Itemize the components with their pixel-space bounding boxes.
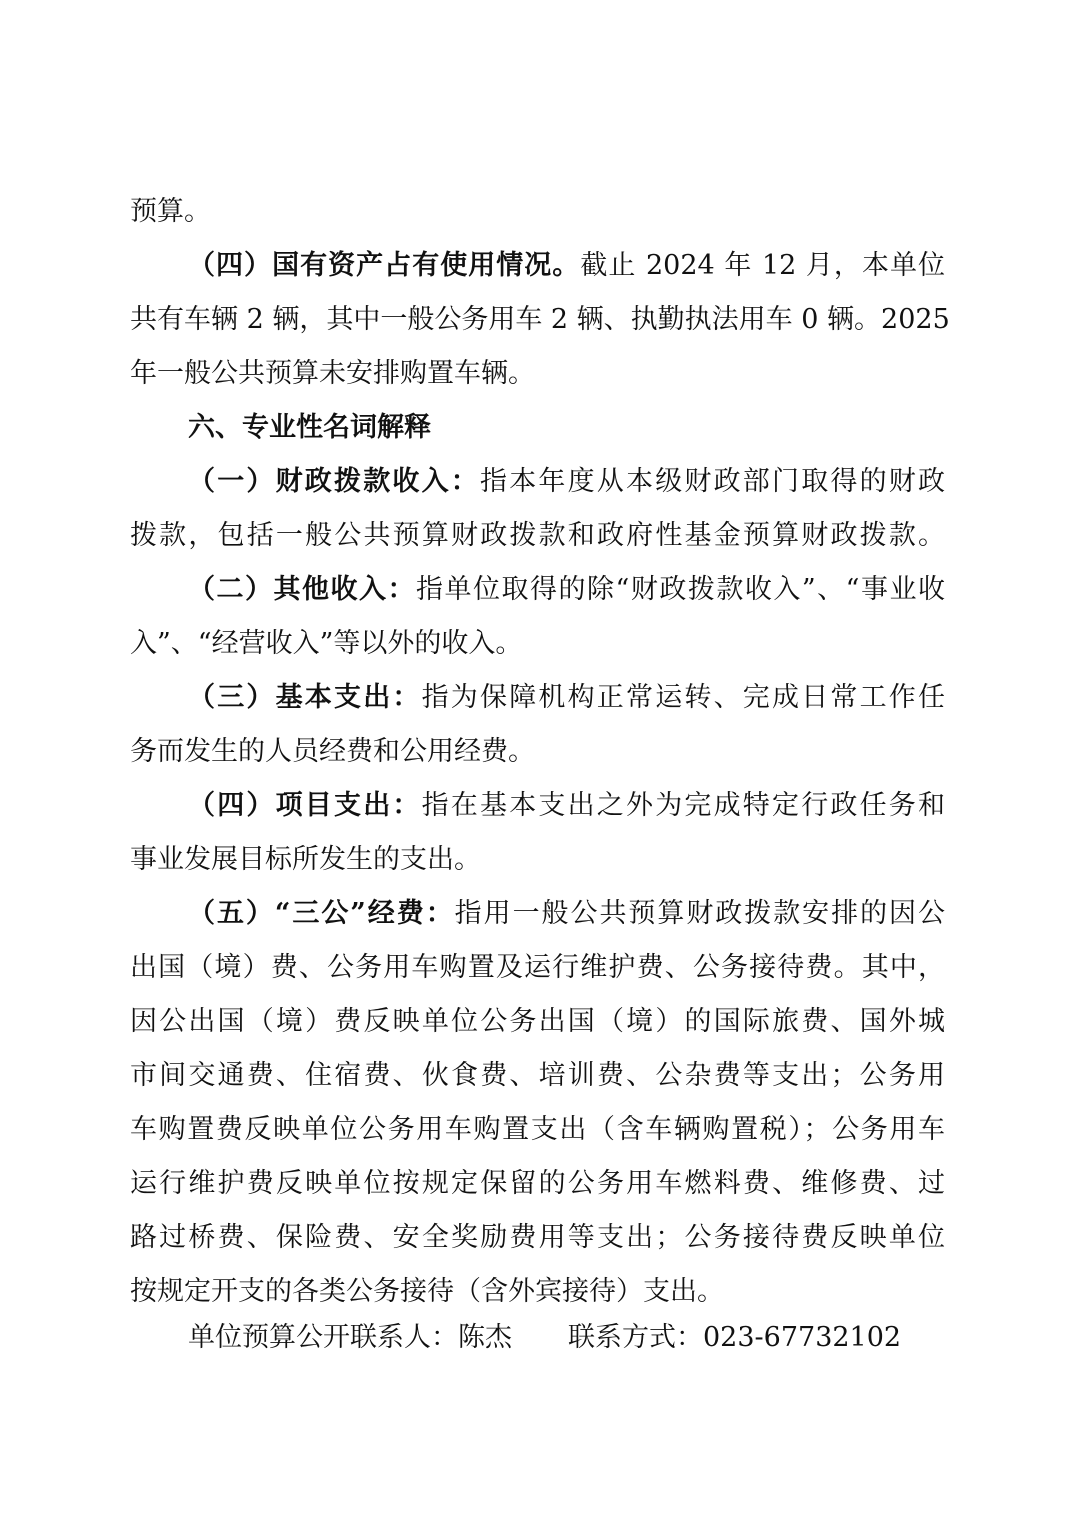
paragraph-assets: （四）国有资产占有使用情况。截止 2024 年 12 月，本单位	[188, 246, 945, 286]
paragraph-line: 共有车辆 2 辆，其中一般公务用车 2 辆、执勤执法用车 0 辆。2025	[130, 300, 945, 340]
paragraph-line: 入”、“经营收入”等以外的收入。	[130, 624, 945, 664]
line-text: 指用一般公共预算财政拨款安排的因公	[455, 898, 945, 929]
document-page: 预算。 （四）国有资产占有使用情况。截止 2024 年 12 月，本单位 共有车…	[0, 0, 1074, 1520]
paragraph-line: 事业发展目标所发生的支出。	[130, 840, 945, 880]
line-text: 指在基本支出之外为完成特定行政任务和	[422, 790, 945, 821]
contact-phone: 023-67732102	[703, 1322, 901, 1353]
definition-project-expenditure: （四）项目支出：指在基本支出之外为完成特定行政任务和	[188, 786, 945, 826]
contact-info: 单位预算公开联系人：陈杰联系方式：023-67732102	[188, 1318, 901, 1358]
line-text: 按规定开支的各类公务接待（含外宾接待）支出。	[130, 1276, 724, 1307]
paragraph-line: 务而发生的人员经费和公用经费。	[130, 732, 945, 772]
contact-phone-label: 联系方式：	[568, 1322, 703, 1353]
paragraph-line: 年一般公共预算未安排购置车辆。	[130, 354, 945, 394]
line-text: 预算。	[130, 196, 211, 227]
line-text: 路过桥费、保险费、安全奖励费用等支出；公务接待费反映单位	[130, 1222, 945, 1253]
line-text: 指本年度从本级财政部门取得的财政	[480, 466, 945, 497]
term: （二）其他收入：	[188, 574, 416, 605]
paragraph-line: 市间交通费、住宿费、伙食费、培训费、公杂费等支出；公务用	[130, 1056, 945, 1096]
term: （五）“三公”经费：	[188, 898, 455, 929]
paragraph-line: 预算。	[130, 192, 945, 232]
definition-basic-expenditure: （三）基本支出：指为保障机构正常运转、完成日常工作任	[188, 678, 945, 718]
line-text: 运行维护费反映单位按规定保留的公务用车燃料费、维修费、过	[130, 1168, 945, 1199]
line-text: 指为保障机构正常运转、完成日常工作任	[422, 682, 945, 713]
section-heading: 六、专业性名词解释	[188, 408, 945, 448]
line-text: 截止 2024 年 12 月，本单位	[580, 250, 945, 281]
paragraph-line: 拨款，包括一般公共预算财政拨款和政府性基金预算财政拨款。	[130, 516, 945, 556]
definition-three-public-expenses: （五）“三公”经费：指用一般公共预算财政拨款安排的因公	[188, 894, 945, 934]
term: （四）项目支出：	[188, 790, 422, 821]
contact-person-label: 单位预算公开联系人：	[188, 1322, 458, 1353]
line-text: 务而发生的人员经费和公用经费。	[130, 736, 535, 767]
line-text: 共有车辆 2 辆，其中一般公务用车 2 辆、执勤执法用车 0 辆。2025	[130, 304, 950, 335]
definition-other-income: （二）其他收入：指单位取得的除“财政拨款收入”、“事业收	[188, 570, 945, 610]
line-text: 事业发展目标所发生的支出。	[130, 844, 481, 875]
line-text: 市间交通费、住宿费、伙食费、培训费、公杂费等支出；公务用	[130, 1060, 945, 1091]
line-text: 指单位取得的除“财政拨款收入”、“事业收	[416, 574, 945, 605]
paragraph-line: 因公出国（境）费反映单位公务出国（境）的国际旅费、国外城	[130, 1002, 945, 1042]
paragraph-line: 路过桥费、保险费、安全奖励费用等支出；公务接待费反映单位	[130, 1218, 945, 1258]
paragraph-line: 按规定开支的各类公务接待（含外宾接待）支出。	[130, 1272, 945, 1312]
section-lead: （四）国有资产占有使用情况。	[188, 250, 580, 281]
contact-person-name: 陈杰	[458, 1322, 512, 1353]
paragraph-line: 运行维护费反映单位按规定保留的公务用车燃料费、维修费、过	[130, 1164, 945, 1204]
term: （三）基本支出：	[188, 682, 422, 713]
term: （一）财政拨款收入：	[188, 466, 480, 497]
line-text: 车购置费反映单位公务用车购置支出（含车辆购置税）；公务用车	[130, 1114, 945, 1145]
definition-fiscal-income: （一）财政拨款收入：指本年度从本级财政部门取得的财政	[188, 462, 945, 502]
heading-text: 六、专业性名词解释	[188, 412, 431, 443]
paragraph-line: 车购置费反映单位公务用车购置支出（含车辆购置税）；公务用车	[130, 1110, 945, 1150]
line-text: 出国（境）费、公务用车购置及运行维护费、公务接待费。其中，	[130, 952, 945, 983]
line-text: 年一般公共预算未安排购置车辆。	[130, 358, 535, 389]
line-text: 因公出国（境）费反映单位公务出国（境）的国际旅费、国外城	[130, 1006, 945, 1037]
paragraph-line: 出国（境）费、公务用车购置及运行维护费、公务接待费。其中，	[130, 948, 945, 988]
line-text: 入”、“经营收入”等以外的收入。	[130, 628, 522, 659]
line-text: 拨款，包括一般公共预算财政拨款和政府性基金预算财政拨款。	[130, 520, 945, 551]
